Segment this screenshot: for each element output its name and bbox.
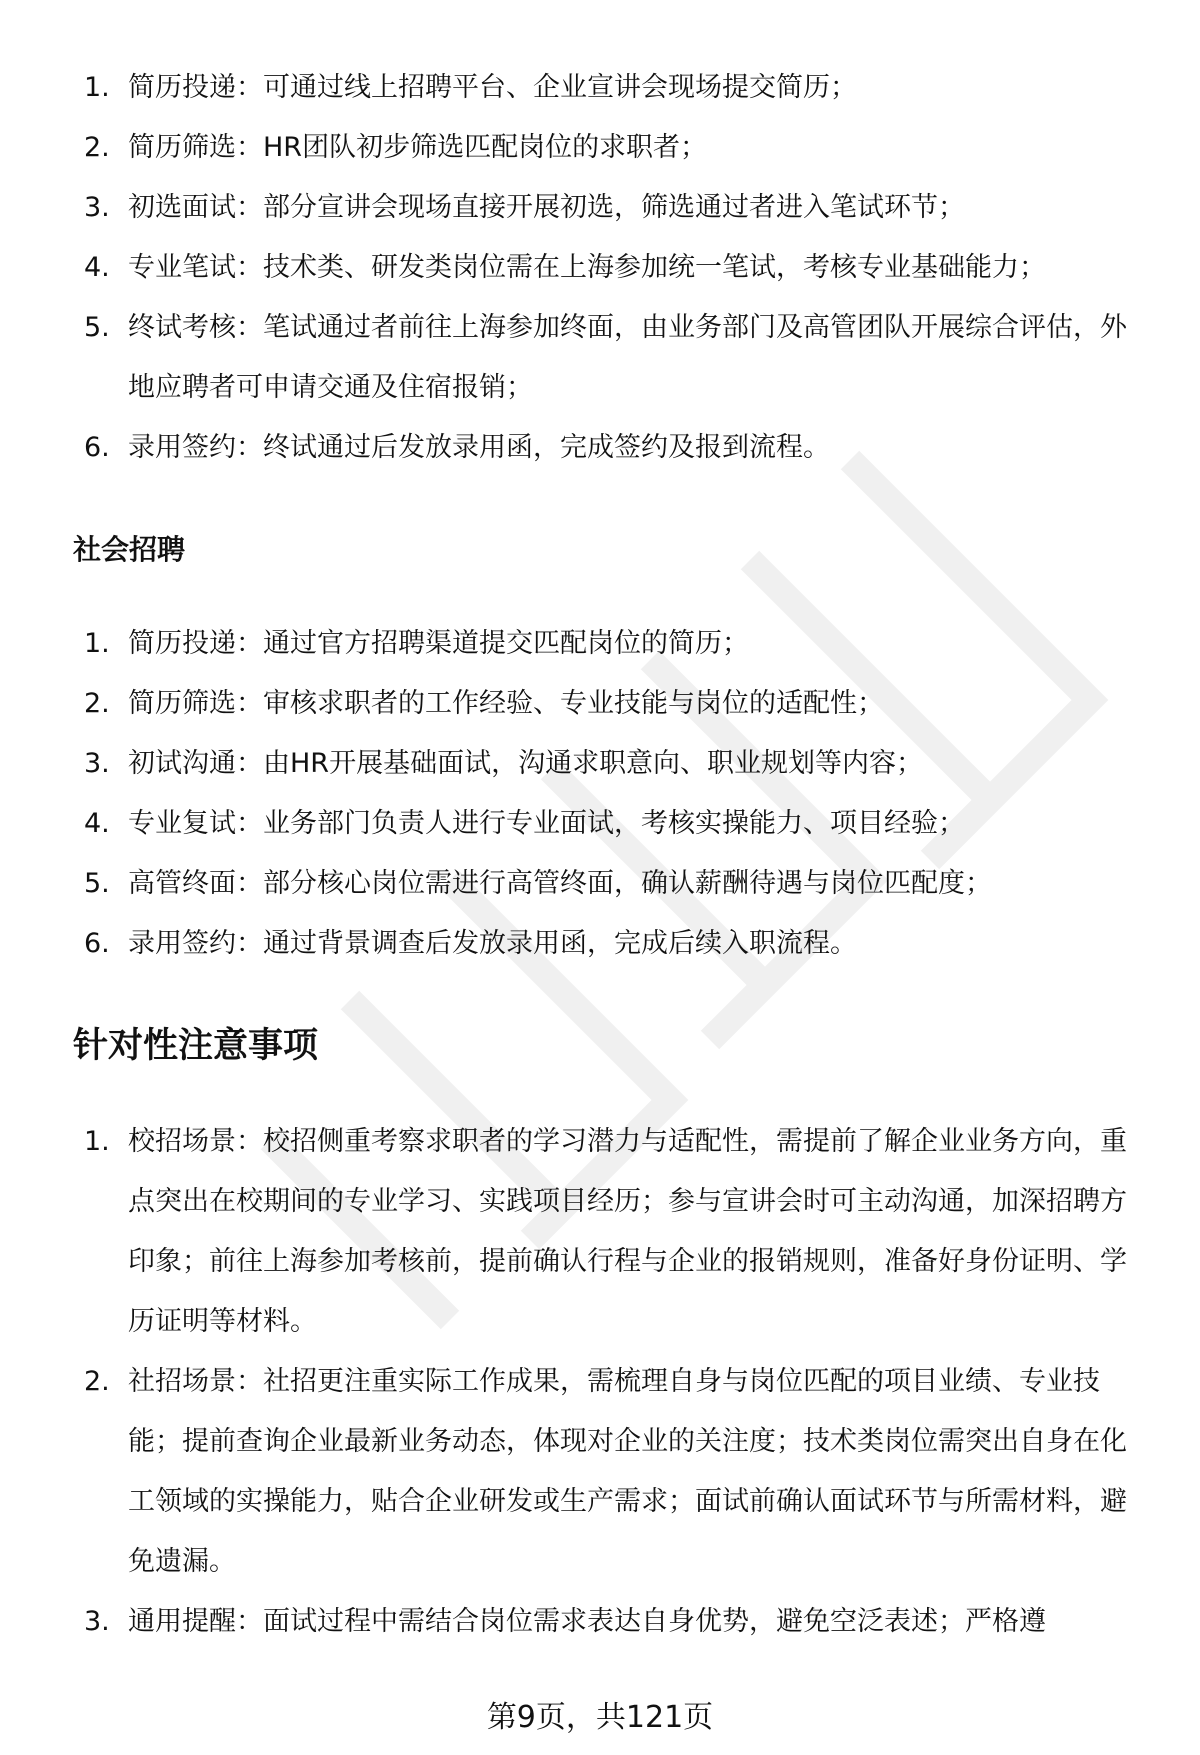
item-title: 简历筛选 [128, 132, 236, 163]
item-number: 1. [84, 1112, 110, 1172]
item-title: 校招场景 [128, 1126, 236, 1157]
item-title: 简历投递 [128, 72, 236, 103]
item-text: 可通过线上招聘平台、企业宣讲会现场提交简历； [263, 72, 857, 103]
list-item: 3.通用提醒：面试过程中需结合岗位需求表达自身优势，避免空泛表述；严格遵 [0, 1592, 1200, 1652]
list-item: 6.录用签约：通过背景调查后发放录用函，完成后续入职流程。 [0, 914, 1200, 974]
item-title: 专业笔试 [128, 252, 236, 283]
item-title: 录用签约 [128, 432, 236, 463]
list-item: 2.社招场景：社招更注重实际工作成果，需梳理自身与岗位匹配的项目业绩、专业技能；… [0, 1352, 1200, 1592]
item-text: 面试过程中需结合岗位需求表达自身优势，避免空泛表述；严格遵 [263, 1606, 1046, 1637]
item-text: 社招更注重实际工作成果，需梳理自身与岗位匹配的项目业绩、专业技能；提前查询企业最… [128, 1366, 1127, 1577]
item-title: 社招场景 [128, 1366, 236, 1397]
item-number: 6. [84, 914, 110, 974]
list-item: 1.校招场景：校招侧重考察求职者的学习潜力与适配性，需提前了解企业业务方向，重点… [0, 1112, 1200, 1352]
item-text: 由HR开展基础面试，沟通求职意向、职业规划等内容； [263, 748, 923, 779]
item-number: 4. [84, 238, 110, 298]
social-recruitment-steps: 1.简历投递：通过官方招聘渠道提交匹配岗位的简历； 2.简历筛选：审核求职者的工… [0, 614, 1200, 974]
item-number: 2. [84, 674, 110, 734]
item-number: 5. [84, 298, 110, 358]
item-number: 3. [84, 734, 110, 794]
item-text: 业务部门负责人进行专业面试，考核实操能力、项目经验； [263, 808, 965, 839]
list-item: 2.简历筛选：审核求职者的工作经验、专业技能与岗位的适配性； [0, 674, 1200, 734]
item-title: 初选面试 [128, 192, 236, 223]
item-title: 终试考核 [128, 312, 236, 343]
list-item: 3.初试沟通：由HR开展基础面试，沟通求职意向、职业规划等内容； [0, 734, 1200, 794]
list-item: 5.高管终面：部分核心岗位需进行高管终面，确认薪酬待遇与岗位匹配度； [0, 854, 1200, 914]
list-item: 1.简历投递：通过官方招聘渠道提交匹配岗位的简历； [0, 614, 1200, 674]
item-number: 1. [84, 58, 110, 118]
list-item: 4.专业复试：业务部门负责人进行专业面试，考核实操能力、项目经验； [0, 794, 1200, 854]
list-item: 6.录用签约：终试通过后发放录用函，完成签约及报到流程。 [0, 418, 1200, 478]
list-item: 4.专业笔试：技术类、研发类岗位需在上海参加统一笔试，考核专业基础能力； [0, 238, 1200, 298]
item-text: 通过背景调查后发放录用函，完成后续入职流程。 [263, 928, 857, 959]
item-text: 技术类、研发类岗位需在上海参加统一笔试，考核专业基础能力； [263, 252, 1046, 283]
item-title: 初试沟通 [128, 748, 236, 779]
item-number: 1. [84, 614, 110, 674]
item-title: 简历筛选 [128, 688, 236, 719]
list-item: 1.简历投递：可通过线上招聘平台、企业宣讲会现场提交简历； [0, 58, 1200, 118]
item-text: 校招侧重考察求职者的学习潜力与适配性，需提前了解企业业务方向，重点突出在校期间的… [128, 1126, 1127, 1337]
item-number: 2. [84, 118, 110, 178]
item-number: 6. [84, 418, 110, 478]
item-number: 5. [84, 854, 110, 914]
notes-list: 1.校招场景：校招侧重考察求职者的学习潜力与适配性，需提前了解企业业务方向，重点… [0, 1112, 1200, 1652]
item-title: 专业复试 [128, 808, 236, 839]
list-item: 5.终试考核：笔试通过者前往上海参加终面，由业务部门及高管团队开展综合评估，外地… [0, 298, 1200, 418]
item-title: 高管终面 [128, 868, 236, 899]
campus-recruitment-steps: 1.简历投递：可通过线上招聘平台、企业宣讲会现场提交简历； 2.简历筛选：HR团… [0, 58, 1200, 478]
item-number: 3. [84, 1592, 110, 1652]
item-text: 部分宣讲会现场直接开展初选，筛选通过者进入笔试环节； [263, 192, 965, 223]
item-number: 4. [84, 794, 110, 854]
item-title: 简历投递 [128, 628, 236, 659]
item-text: 通过官方招聘渠道提交匹配岗位的简历； [263, 628, 749, 659]
item-number: 2. [84, 1352, 110, 1412]
page-number-footer: 第9页，共121页 [0, 1692, 1200, 1736]
item-text: 笔试通过者前往上海参加终面，由业务部门及高管团队开展综合评估，外地应聘者可申请交… [128, 312, 1127, 403]
item-text: HR团队初步筛选匹配岗位的求职者； [263, 132, 707, 163]
item-text: 审核求职者的工作经验、专业技能与岗位的适配性； [263, 688, 884, 719]
item-text: 终试通过后发放录用函，完成签约及报到流程。 [263, 432, 830, 463]
section-heading-notes: 针对性注意事项 [73, 1018, 318, 1068]
section-heading-social-recruitment: 社会招聘 [73, 528, 185, 568]
item-title: 通用提醒 [128, 1606, 236, 1637]
list-item: 3.初选面试：部分宣讲会现场直接开展初选，筛选通过者进入笔试环节； [0, 178, 1200, 238]
item-text: 部分核心岗位需进行高管终面，确认薪酬待遇与岗位匹配度； [263, 868, 992, 899]
item-number: 3. [84, 178, 110, 238]
list-item: 2.简历筛选：HR团队初步筛选匹配岗位的求职者； [0, 118, 1200, 178]
item-title: 录用签约 [128, 928, 236, 959]
